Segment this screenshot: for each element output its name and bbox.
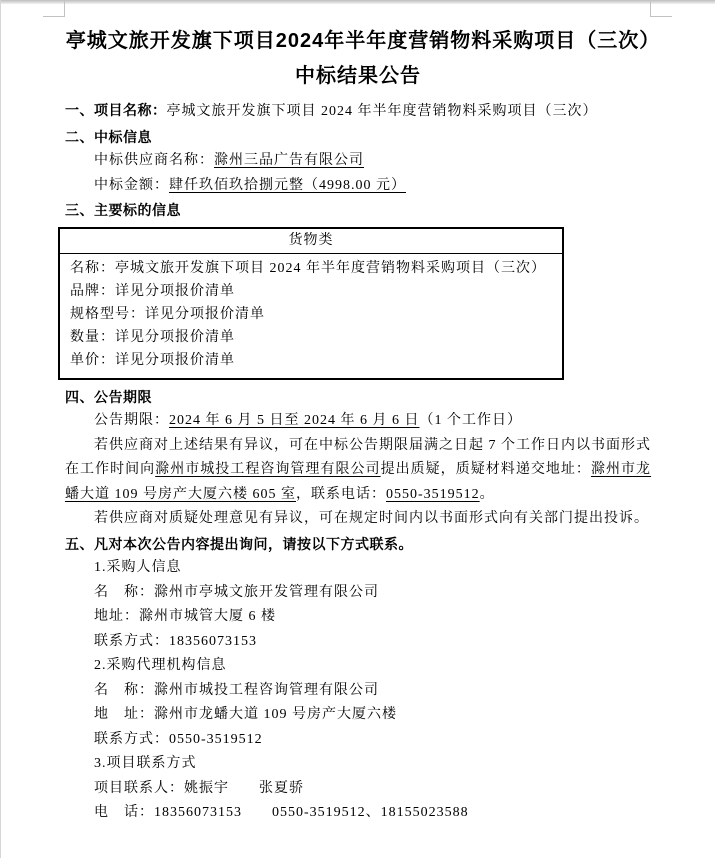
goods-table: 货物类 名称：亭城文旅开发旗下项目 2024 年半年度营销物料采购项目（三次） … <box>58 227 564 380</box>
objection-phone: 0550-3519512 <box>386 487 480 502</box>
goods-table-row-unit-price: 单价：详见分项报价清单 <box>70 349 552 372</box>
project-contact-persons: 项目联系人：姚振宇 张夏骄 <box>65 777 651 802</box>
agency-name: 名 称：滁州市城投工程咨询管理有限公司 <box>65 679 651 704</box>
page-left-edge <box>0 0 1 858</box>
agency-contact: 联系方式：0550-3519512 <box>65 728 651 753</box>
announcement-period-line: 公告期限：2024 年 6 月 5 日至 2024 年 6 月 6 日（1 个工… <box>65 409 651 434</box>
bid-amount-label: 中标金额： <box>94 178 169 193</box>
document-page: 亭城文旅开发旗下项目2024年半年度营销物料采购项目（三次）中标结果公告 一、项… <box>65 24 651 826</box>
goods-table-row-brand: 品牌：详见分项报价清单 <box>70 280 552 303</box>
section-3-heading: 三、主要标的信息 <box>65 198 651 223</box>
page-top-shadow <box>0 0 715 4</box>
objection-paragraph: 若供应商对上述结果有异议，可在中标公告期限届满之日起 7 个工作日内以书面形式在… <box>65 434 651 508</box>
complaint-paragraph: 若供应商对质疑处理意见有异议，可在规定时间内以书面形式向有关部门提出投诉。 <box>65 507 651 532</box>
announcement-period-value: 2024 年 6 月 5 日至 2024 年 6 月 6 日 <box>169 413 420 428</box>
section-4-heading: 四、公告期限 <box>65 385 651 410</box>
objection-text-4: 。 <box>480 487 495 502</box>
purchaser-contact: 联系方式：18356073153 <box>65 630 651 655</box>
purchaser-name: 名 称：滁州市亭城文旅开发管理有限公司 <box>65 581 651 606</box>
objection-text-2: 提出质疑，质疑材料递交地址： <box>381 462 591 477</box>
project-name-line: 一、项目名称：亭城文旅开发旗下项目 2024 年半年度营销物料采购项目（三次） <box>65 98 651 125</box>
goods-table-header: 货物类 <box>60 229 562 254</box>
bid-amount-line: 中标金额：肆仟玖佰玖拾捌元整（4998.00 元） <box>65 174 651 199</box>
agency-address: 地 址：滁州市龙蟠大道 109 号房产大厦六楼 <box>65 703 651 728</box>
purchaser-info-title: 1.采购人信息 <box>65 556 651 581</box>
agency-info-title: 2.采购代理机构信息 <box>65 654 651 679</box>
project-contact-phones: 电 话：18356073153 0550-3519512、18155023588 <box>65 801 651 826</box>
objection-agency-name: 滁州市城投工程咨询管理有限公司 <box>155 462 380 477</box>
goods-table-body: 名称：亭城文旅开发旗下项目 2024 年半年度营销物料采购项目（三次） 品牌：详… <box>60 254 562 378</box>
objection-text-3: ，联系电话： <box>296 487 386 502</box>
winning-supplier-label: 中标供应商名称： <box>94 153 214 168</box>
project-name-label: 一、项目名称： <box>65 102 167 118</box>
bid-amount-value: 肆仟玖佰玖拾捌元整（4998.00 元） <box>169 178 406 193</box>
section-2-heading: 二、中标信息 <box>65 125 651 150</box>
winning-supplier-line: 中标供应商名称：滁州三品广告有限公司 <box>65 149 651 174</box>
winning-supplier-value: 滁州三品广告有限公司 <box>214 153 364 168</box>
margin-crop-mark-top-right <box>650 0 672 17</box>
page-title: 亭城文旅开发旗下项目2024年半年度营销物料采购项目（三次）中标结果公告 <box>65 24 651 94</box>
announcement-period-suffix: （1 个工作日） <box>420 413 523 428</box>
purchaser-address: 地址：滁州市城管大厦 6 楼 <box>65 605 651 630</box>
goods-table-row-spec: 规格型号：详见分项报价清单 <box>70 303 552 326</box>
section-5-heading: 五、凡对本次公告内容提出询问，请按以下方式联系。 <box>65 532 651 557</box>
project-name-value: 亭城文旅开发旗下项目 2024 年半年度营销物料采购项目（三次） <box>167 104 598 119</box>
margin-crop-mark-top-left <box>43 0 65 17</box>
goods-table-row-quantity: 数量：详见分项报价清单 <box>70 326 552 349</box>
goods-table-row-name: 名称：亭城文旅开发旗下项目 2024 年半年度营销物料采购项目（三次） <box>70 257 552 280</box>
announcement-period-label: 公告期限： <box>94 413 169 428</box>
project-contact-title: 3.项目联系方式 <box>65 752 651 777</box>
